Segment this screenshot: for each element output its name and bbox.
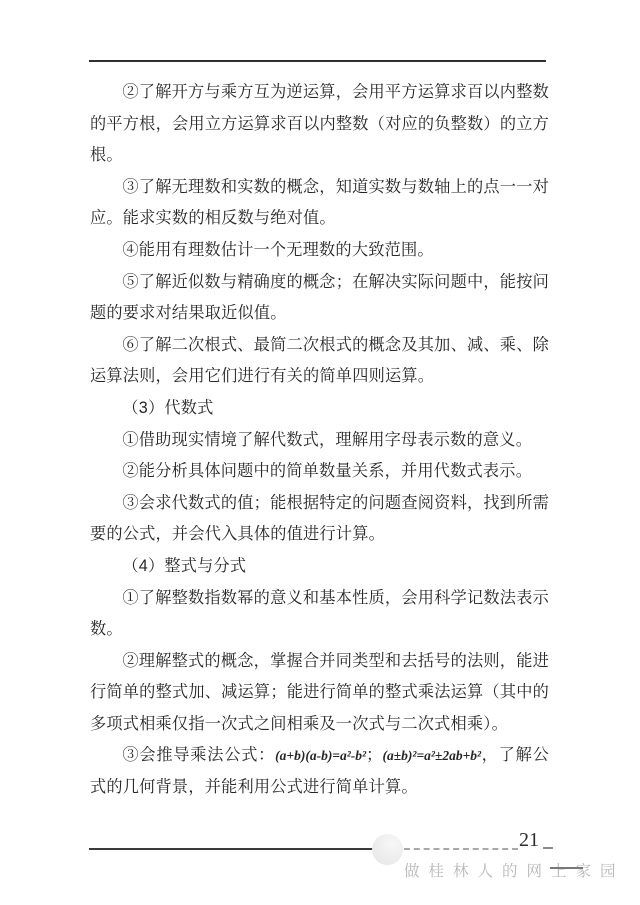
section-heading-algebraic-expressions: （3）代数式	[90, 393, 549, 425]
formula-perfect-square: (a±b)²=a²±2ab+b²	[383, 748, 482, 763]
paragraph-estimate-irrational: ④能用有理数估计一个无理数的大致范围。	[90, 235, 549, 267]
formula-difference-of-squares: (a+b)(a-b)=a²-b²	[275, 748, 366, 763]
page-number: 21	[519, 829, 539, 852]
watermark-text: 做桂林人的网上家园	[404, 859, 625, 881]
body-text-block: ②了解开方与乘方互为逆运算，会用平方运算求百以内整数的平方根，会用立方运算求百以…	[90, 77, 549, 804]
watermark-strike-line	[550, 867, 583, 869]
watermark-logo-circle	[372, 834, 403, 865]
document-page: ②了解开方与乘方互为逆运算，会用平方运算求百以内整数的平方根，会用立方运算求百以…	[0, 0, 640, 905]
paragraph-integer-exponents: ①了解整数指数幂的意义和基本性质，会用科学记数法表示数。	[90, 583, 549, 646]
paragraph-evaluate-expressions: ③会求代数式的值；能根据特定的问题查阅资料，找到所需要的公式，并会代入具体的值进…	[90, 488, 549, 551]
paragraph-quantity-relations: ②能分析具体问题中的简单数量关系，并用代数式表示。	[90, 456, 549, 488]
footer-rule	[89, 848, 376, 850]
footer-rule-faded	[404, 848, 518, 850]
formula-separator: ；	[366, 746, 382, 764]
formula-paragraph-prefix: ③会推导乘法公式：	[122, 746, 275, 764]
paragraph-irrational-real-numbers: ③了解无理数和实数的概念，知道实数与数轴上的点一一对应。能求实数的相反数与绝对值…	[90, 172, 549, 235]
footer-rule-end-tick	[543, 847, 553, 849]
section-heading-integral-fraction: （4）整式与分式	[90, 551, 549, 583]
paragraph-algebraic-meaning: ①借助现实情境了解代数式，理解用字母表示数的意义。	[90, 425, 549, 457]
paragraph-squares-roots: ②了解开方与乘方互为逆运算，会用平方运算求百以内整数的平方根，会用立方运算求百以…	[90, 77, 549, 172]
paragraph-approximation: ⑤了解近似数与精确度的概念；在解决实际问题中，能按问题的要求对结果取近似值。	[90, 267, 549, 330]
header-rule	[89, 60, 546, 62]
paragraph-quadratic-radical: ⑥了解二次根式、最简二次根式的概念及其加、减、乘、除运算法则，会用它们进行有关的…	[90, 330, 549, 393]
paragraph-multiplication-formulas: ③会推导乘法公式：(a+b)(a-b)=a²-b²；(a±b)²=a²±2ab+…	[90, 740, 549, 803]
paragraph-polynomial-operations: ②理解整式的概念，掌握合并同类型和去括号的法则，能进行简单的整式加、减运算；能进…	[90, 646, 549, 741]
